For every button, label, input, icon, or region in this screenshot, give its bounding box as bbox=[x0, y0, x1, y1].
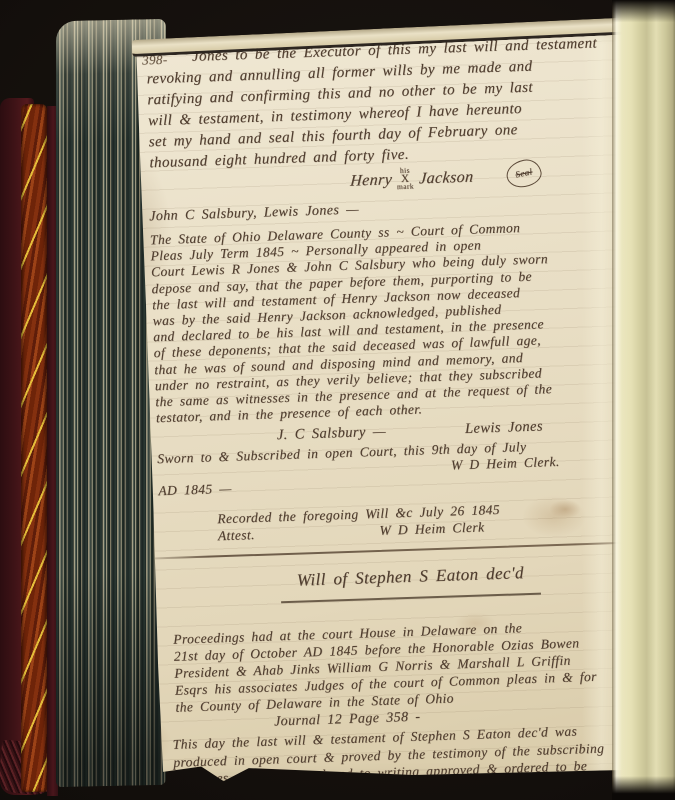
gutter-page-curve bbox=[612, 0, 675, 800]
recording-note: Recorded the foregoing Will &c July 26 1… bbox=[155, 497, 634, 547]
clerk-signature: W D Heim Clerk bbox=[379, 520, 484, 538]
manuscript-text: 398- Jones to be the Executor of this my… bbox=[140, 33, 643, 800]
photographed-record-book: 398- Jones to be the Executor of this my… bbox=[0, 0, 675, 800]
his-x-mark: hisXmark bbox=[396, 168, 414, 191]
eaton-will-heading: Will of Stephen S Eaton dec'd bbox=[281, 562, 541, 604]
signature-last-name: Jackson bbox=[418, 167, 474, 191]
witness-signature: Lewis Jones bbox=[465, 419, 543, 438]
line-filler-flourish: ~~~~~~~~~~~~~~~~~~~~~~~~~~~~ bbox=[346, 778, 523, 799]
proceedings-paragraph: Proceedings had at the court House in De… bbox=[159, 616, 640, 717]
signature-first-name: Henry bbox=[349, 169, 393, 192]
probate-testimony-paragraph: The State of Ohio Delaware County ss ~ C… bbox=[146, 217, 630, 427]
manuscript-page: 398- Jones to be the Executor of this my… bbox=[78, 22, 638, 788]
final-line: recorded and ~~~~~~~~~~~~~~~~~~~~~~~~~~~… bbox=[164, 773, 642, 800]
final-word: and bbox=[304, 785, 326, 800]
witness-signature: J. C Salsbury — bbox=[277, 424, 387, 444]
jackson-will-closing-paragraph: Jones to be the Executor of this my last… bbox=[140, 33, 622, 175]
attest-label: Attest. bbox=[218, 527, 255, 543]
final-word: recorded bbox=[190, 788, 241, 800]
section-divider bbox=[151, 542, 634, 560]
marbled-cover-edge bbox=[21, 104, 47, 792]
